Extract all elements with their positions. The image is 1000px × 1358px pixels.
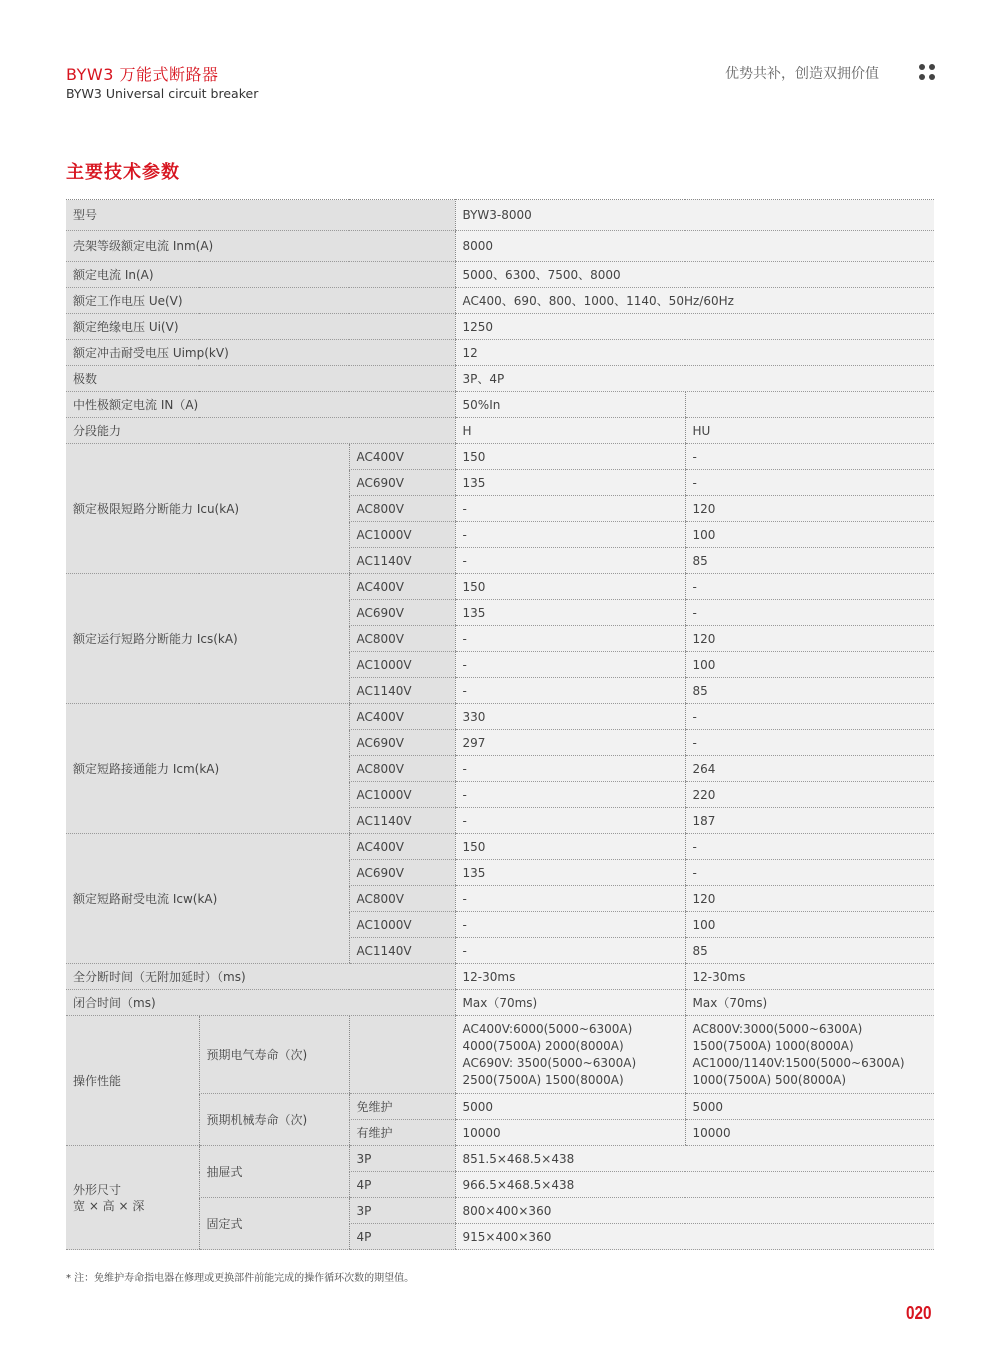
voltage-label: AC1140V <box>349 938 455 964</box>
value-hu: - <box>685 574 934 600</box>
row-label: 额定冲击耐受电压 Uimp(kV) <box>66 340 455 366</box>
four-dots-icon <box>919 64 935 80</box>
row-value: AC400、690、800、1000、1140、50Hz/60Hz <box>455 288 934 314</box>
value-h: - <box>455 808 685 834</box>
dimension-value: 800×400×360 <box>455 1198 934 1224</box>
voltage-label: AC690V <box>349 730 455 756</box>
table-row-rated-voltage: 额定工作电压 Ue(V) AC400、690、800、1000、1140、50H… <box>66 288 934 314</box>
text-line: 4000(7500A) 2000(8000A) <box>463 1038 685 1055</box>
row-label: 闭合时间（ms) <box>66 990 455 1016</box>
text-line: 2500(7500A) 1500(8000A) <box>463 1072 685 1089</box>
value-h: - <box>455 626 685 652</box>
slogan: 优势共补，创造双拥价值 <box>725 63 879 83</box>
table-row-capacity: 额定运行短路分断能力 Ics(kA)AC400V150- <box>66 574 934 600</box>
value-hu: 5000 <box>685 1094 934 1120</box>
value-h: 5000 <box>455 1094 685 1120</box>
value-h: 297 <box>455 730 685 756</box>
document-subtitle: BYW3 Universal circuit breaker <box>66 86 258 101</box>
mechanical-life-label: 预期机械寿命（次) <box>199 1094 349 1146</box>
voltage-label: AC1000V <box>349 912 455 938</box>
voltage-label: AC690V <box>349 470 455 496</box>
text-line: 1000(7500A) 500(8000A) <box>693 1072 935 1089</box>
value-hu: - <box>685 860 934 886</box>
table-row-insulation-voltage: 额定绝缘电压 Ui(V) 1250 <box>66 314 934 340</box>
group-label: 额定短路接通能力 Icm(kA) <box>66 704 349 834</box>
section-title: 主要技术参数 <box>66 158 180 184</box>
value-h: 330 <box>455 704 685 730</box>
row-label: 额定工作电压 Ue(V) <box>66 288 455 314</box>
text-line: AC400V:6000(5000~6300A) <box>463 1021 685 1038</box>
table-row-close-time: 闭合时间（ms) Max（70ms) Max（70ms) <box>66 990 934 1016</box>
value-h: - <box>455 496 685 522</box>
table-row-capacity: 额定极限短路分断能力 Icu(kA)AC400V150- <box>66 444 934 470</box>
value-h: 12-30ms <box>455 964 685 990</box>
text-line: AC800V:3000(5000~6300A) <box>693 1021 935 1038</box>
voltage-label: AC400V <box>349 574 455 600</box>
value-hu: 100 <box>685 912 934 938</box>
dimensions-label: 外形尺寸 宽 × 高 × 深 <box>66 1146 199 1250</box>
value-h: Max（70ms) <box>455 990 685 1016</box>
value-h: - <box>455 522 685 548</box>
table-row-breaking-capacity: 分段能力 H HU <box>66 418 934 444</box>
value-h: - <box>455 782 685 808</box>
row-value: 12 <box>455 340 934 366</box>
electrical-life-h: AC400V:6000(5000~6300A) 4000(7500A) 2000… <box>455 1016 685 1094</box>
dimension-value: 966.5×468.5×438 <box>455 1172 934 1198</box>
maintenance-type: 有维护 <box>349 1120 455 1146</box>
poles: 4P <box>349 1224 455 1250</box>
value-h: - <box>455 678 685 704</box>
operation-label: 操作性能 <box>66 1016 199 1146</box>
voltage-label: AC1140V <box>349 678 455 704</box>
drawout-label: 抽屉式 <box>199 1146 349 1198</box>
row-value: 1250 <box>455 314 934 340</box>
value-hu: - <box>685 834 934 860</box>
capacity-groups: 额定极限短路分断能力 Icu(kA)AC400V150-AC690V135-AC… <box>66 444 934 964</box>
voltage-label: AC690V <box>349 860 455 886</box>
table-row-dim-drawout-3p: 外形尺寸 宽 × 高 × 深 抽屉式 3P 851.5×468.5×438 <box>66 1146 934 1172</box>
table-row-neutral-current: 中性极额定电流 IN（A) 50%In <box>66 392 934 418</box>
value-hu: 120 <box>685 886 934 912</box>
row-value: BYW3-8000 <box>455 200 934 231</box>
voltage-label: AC1000V <box>349 782 455 808</box>
value-hu: 12-30ms <box>685 964 934 990</box>
voltage-label: AC800V <box>349 496 455 522</box>
value-hu: 264 <box>685 756 934 782</box>
value-hu: - <box>685 470 934 496</box>
value-hu: HU <box>685 418 934 444</box>
value-hu <box>685 392 934 418</box>
value-h: 135 <box>455 860 685 886</box>
value-h: - <box>455 886 685 912</box>
value-h: 150 <box>455 834 685 860</box>
voltage-label: AC1140V <box>349 548 455 574</box>
value-h: - <box>455 912 685 938</box>
fixed-label: 固定式 <box>199 1198 349 1250</box>
row-label: 极数 <box>66 366 455 392</box>
value-hu: 85 <box>685 678 934 704</box>
table-row-impulse-voltage: 额定冲击耐受电压 Uimp(kV) 12 <box>66 340 934 366</box>
poles: 3P <box>349 1198 455 1224</box>
value-h: 150 <box>455 574 685 600</box>
text-line: AC1000/1140V:1500(5000~6300A) <box>693 1055 935 1072</box>
value-hu: - <box>685 444 934 470</box>
row-label: 额定电流 In(A) <box>66 262 455 288</box>
value-hu: 85 <box>685 548 934 574</box>
row-value: 8000 <box>455 231 934 262</box>
voltage-label: AC400V <box>349 834 455 860</box>
value-hu: 120 <box>685 496 934 522</box>
value-hu: - <box>685 730 934 756</box>
value-h: 135 <box>455 470 685 496</box>
voltage-label: AC400V <box>349 704 455 730</box>
table-row-model: 型号 BYW3-8000 <box>66 200 934 231</box>
voltage-label: AC1000V <box>349 522 455 548</box>
text-line: AC690V: 3500(5000~6300A) <box>463 1055 685 1072</box>
value-hu: 100 <box>685 522 934 548</box>
dimensions-label-line2: 宽 × 高 × 深 <box>73 1198 199 1214</box>
group-label: 额定运行短路分断能力 Ics(kA) <box>66 574 349 704</box>
table-row-capacity: 额定短路耐受电流 Icw(kA)AC400V150- <box>66 834 934 860</box>
table-row-electrical-life: 操作性能 预期电气寿命（次) AC400V:6000(5000~6300A) 4… <box>66 1016 934 1094</box>
maintenance-type: 免维护 <box>349 1094 455 1120</box>
table-row-break-time: 全分断时间（无附加延时）（ms) 12-30ms 12-30ms <box>66 964 934 990</box>
row-label: 分段能力 <box>66 418 455 444</box>
value-h: 135 <box>455 600 685 626</box>
row-label: 型号 <box>66 200 455 231</box>
voltage-label: AC800V <box>349 756 455 782</box>
row-value: 5000、6300、7500、8000 <box>455 262 934 288</box>
value-hu: 85 <box>685 938 934 964</box>
dimension-value: 851.5×468.5×438 <box>455 1146 934 1172</box>
value-h: 150 <box>455 444 685 470</box>
dimension-value: 915×400×360 <box>455 1224 934 1250</box>
document-title: BYW3 万能式断路器 <box>66 62 218 85</box>
row-label: 壳架等级额定电流 Inm(A) <box>66 231 455 262</box>
value-hu: 220 <box>685 782 934 808</box>
row-label: 中性极额定电流 IN（A) <box>66 392 455 418</box>
electrical-life-label: 预期电气寿命（次) <box>199 1016 349 1094</box>
row-label: 额定绝缘电压 Ui(V) <box>66 314 455 340</box>
row-value: 3P、4P <box>455 366 934 392</box>
poles: 4P <box>349 1172 455 1198</box>
electrical-life-hu: AC800V:3000(5000~6300A) 1500(7500A) 1000… <box>685 1016 934 1094</box>
empty-cell <box>349 1016 455 1094</box>
value-h: H <box>455 418 685 444</box>
value-hu: - <box>685 600 934 626</box>
value-hu: 10000 <box>685 1120 934 1146</box>
voltage-label: AC1000V <box>349 652 455 678</box>
poles: 3P <box>349 1146 455 1172</box>
row-label: 全分断时间（无附加延时）（ms) <box>66 964 455 990</box>
value-h: 50%In <box>455 392 685 418</box>
voltage-label: AC400V <box>349 444 455 470</box>
footnote: * 注：免维护寿命指电器在修理或更换部件前能完成的操作循环次数的期望值。 <box>66 1269 414 1284</box>
dimensions-label-line1: 外形尺寸 <box>73 1182 199 1198</box>
value-hu: - <box>685 704 934 730</box>
text-line: 1500(7500A) 1000(8000A) <box>693 1038 935 1055</box>
value-hu: 100 <box>685 652 934 678</box>
voltage-label: AC800V <box>349 886 455 912</box>
voltage-label: AC1140V <box>349 808 455 834</box>
value-h: - <box>455 938 685 964</box>
table-row-rated-current: 额定电流 In(A) 5000、6300、7500、8000 <box>66 262 934 288</box>
value-hu: 187 <box>685 808 934 834</box>
spec-table: 型号 BYW3-8000 壳架等级额定电流 Inm(A) 8000 额定电流 I… <box>66 199 934 1250</box>
voltage-label: AC690V <box>349 600 455 626</box>
value-hu: Max（70ms) <box>685 990 934 1016</box>
value-hu: 120 <box>685 626 934 652</box>
group-label: 额定短路耐受电流 Icw(kA) <box>66 834 349 964</box>
value-h: - <box>455 652 685 678</box>
table-row-capacity: 额定短路接通能力 Icm(kA)AC400V330- <box>66 704 934 730</box>
group-label: 额定极限短路分断能力 Icu(kA) <box>66 444 349 574</box>
page-number: 020 <box>906 1303 932 1324</box>
value-h: - <box>455 756 685 782</box>
value-h: - <box>455 548 685 574</box>
voltage-label: AC800V <box>349 626 455 652</box>
table-row-frame-current: 壳架等级额定电流 Inm(A) 8000 <box>66 231 934 262</box>
value-h: 10000 <box>455 1120 685 1146</box>
table-row-poles: 极数 3P、4P <box>66 366 934 392</box>
